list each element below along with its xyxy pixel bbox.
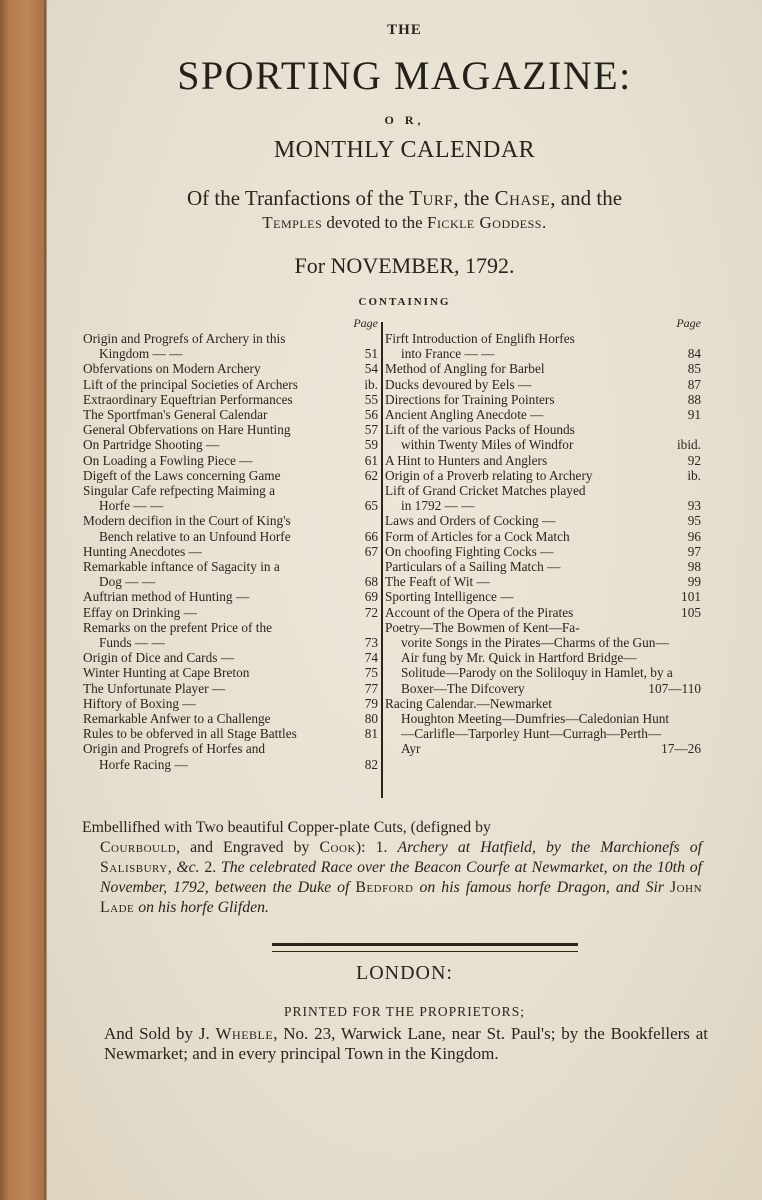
contents-entry: Laws and Orders of Cocking —95 bbox=[385, 513, 701, 528]
page-column-label: Page bbox=[83, 316, 378, 331]
entry-title: Hunting Anecdotes — bbox=[83, 544, 350, 559]
entry-title: A Hint to Hunters and Anglers bbox=[385, 453, 673, 468]
desc-text: , and the bbox=[550, 186, 622, 210]
contents-entry: Lift of Grand Cricket Matches playedin 1… bbox=[385, 483, 701, 513]
contents-entry: Remarkable Anfwer to a Challenge80 bbox=[83, 711, 378, 726]
entry-page-number: 57 bbox=[365, 422, 378, 437]
entry-title: Ancient Angling Anecdote — bbox=[385, 407, 673, 422]
contents-entry: Remarks on the prefent Price of theFunds… bbox=[83, 620, 378, 650]
contents-entry: Extraordinary Equeftrian Performances55 bbox=[83, 392, 378, 407]
entry-page-number: 74 bbox=[365, 650, 378, 665]
contents-entry: Racing Calendar.—NewmarketHoughton Meeti… bbox=[385, 696, 701, 757]
desc-goddess: Fickle Goddess. bbox=[427, 213, 547, 232]
contents-entry: Sporting Intelligence —101 bbox=[385, 589, 701, 604]
entry-title: Remarkable inftance of Sagacity in a bbox=[83, 559, 350, 574]
entry-page-number: 95 bbox=[688, 513, 701, 528]
entry-title: The Unfortunate Player — bbox=[83, 681, 350, 696]
contents-entry: Winter Hunting at Cape Breton75 bbox=[83, 665, 378, 680]
contents-left-column: Page Origin and Progrefs of Archery in t… bbox=[83, 316, 378, 772]
magazine-title: SPORTING MAGAZINE: bbox=[47, 52, 762, 99]
entry-title: Method of Angling for Barbel bbox=[385, 361, 673, 376]
entry-continuation: into France — — bbox=[385, 346, 673, 361]
contents-entry: Lift of the principal Societies of Arche… bbox=[83, 377, 378, 392]
entry-page-number: 96 bbox=[688, 529, 701, 544]
entry-page-number: 61 bbox=[365, 453, 378, 468]
entry-page-number: 97 bbox=[688, 544, 701, 559]
entry-page-number: 68 bbox=[365, 574, 378, 589]
contents-entry: Origin and Progrefs of Horfes andHorfe R… bbox=[83, 741, 378, 771]
entry-page-number: 93 bbox=[688, 498, 701, 513]
entry-title: General Obfervations on Hare Hunting bbox=[83, 422, 350, 437]
plate-2-text: on his horfe Glifden. bbox=[134, 899, 269, 916]
entry-page-number: 87 bbox=[688, 377, 701, 392]
entry-title: Sporting Intelligence — bbox=[385, 589, 673, 604]
magazine-subtitle: MONTHLY CALENDAR bbox=[47, 137, 762, 164]
entry-page-number: 55 bbox=[365, 392, 378, 407]
entry-title: On Partridge Shooting — bbox=[83, 437, 350, 452]
contents-entry: Account of the Opera of the Pirates105 bbox=[385, 605, 701, 620]
contents-entry: Effay on Drinking —72 bbox=[83, 605, 378, 620]
desc-chase: Chase bbox=[495, 186, 551, 210]
entry-continuation: Bench relative to an Unfound Horfe bbox=[83, 529, 350, 544]
entry-page-number: 98 bbox=[688, 559, 701, 574]
entry-page-number: 77 bbox=[365, 681, 378, 696]
entry-title: Modern decifion in the Court of King's bbox=[83, 513, 350, 528]
entry-title: On choofing Fighting Cocks — bbox=[385, 544, 673, 559]
contents-right-column: Page Firft Introduction of Englifh Horfe… bbox=[385, 316, 701, 757]
desc-turf: Turf bbox=[409, 186, 453, 210]
plate-1-title: Archery at Hatfield, by the Marchionefs … bbox=[398, 839, 702, 856]
entry-page-number: 59 bbox=[365, 437, 378, 452]
entry-page-number: 84 bbox=[688, 346, 701, 361]
entry-page-number: 107—110 bbox=[648, 681, 701, 696]
entry-page-number: 51 bbox=[365, 346, 378, 361]
contents-entry: Ducks devoured by Eels —87 bbox=[385, 377, 701, 392]
contents-entry: Origin and Progrefs of Archery in thisKi… bbox=[83, 331, 378, 361]
contents-heading: CONTAINING bbox=[47, 296, 762, 308]
entry-title: Racing Calendar.—Newmarket bbox=[385, 696, 673, 711]
bookseller-name: Wheble bbox=[216, 1024, 274, 1043]
entry-title: Origin and Progrefs of Archery in this bbox=[83, 331, 350, 346]
description-line-2: Temples devoted to the Fickle Goddess. bbox=[47, 213, 762, 233]
embellish-etc: , &c. bbox=[168, 859, 200, 876]
entry-page-number: 101 bbox=[681, 589, 701, 604]
entry-page-number: ibid. bbox=[677, 437, 701, 452]
column-divider bbox=[381, 322, 383, 798]
contents-entry: General Obfervations on Hare Hunting57 bbox=[83, 422, 378, 437]
contents-entry: Rules to be obferved in all Stage Battle… bbox=[83, 726, 378, 741]
entry-page-number: 82 bbox=[365, 757, 378, 772]
entry-page-number: 81 bbox=[365, 726, 378, 741]
entry-page-number: 66 bbox=[365, 529, 378, 544]
desc-text: Of the Tranfactions of the bbox=[187, 186, 409, 210]
entry-page-number: 72 bbox=[365, 605, 378, 620]
contents-entry: Digeft of the Laws concerning Game62 bbox=[83, 468, 378, 483]
plate-2-text: on his famous horfe Dragon, and Sir bbox=[413, 879, 670, 896]
entry-page-number: 62 bbox=[365, 468, 378, 483]
contents-entry: Remarkable inftance of Sagacity in aDog … bbox=[83, 559, 378, 589]
entry-title: Singular Cafe refpecting Maiming a bbox=[83, 483, 350, 498]
entry-page-number: 73 bbox=[365, 635, 378, 650]
engraver-name: Cook bbox=[320, 839, 356, 856]
entry-title: Lift of the various Packs of Hounds bbox=[385, 422, 673, 437]
entry-page-number: 105 bbox=[681, 605, 701, 620]
entry-title: Laws and Orders of Cocking — bbox=[385, 513, 673, 528]
entry-page-number: 80 bbox=[365, 711, 378, 726]
entry-continuation: within Twenty Miles of Windfor bbox=[385, 437, 673, 452]
entry-title: Directions for Training Pointers bbox=[385, 392, 673, 407]
embellish-text: ): 1. bbox=[356, 839, 398, 856]
entry-continuation: Houghton Meeting—Dumfries—Caledonian Hun… bbox=[385, 711, 673, 757]
entry-page-number: 85 bbox=[688, 361, 701, 376]
entry-continuation: Dog — — bbox=[83, 574, 350, 589]
entry-title: Lift of the principal Societies of Arche… bbox=[83, 377, 350, 392]
entry-title: Effay on Drinking — bbox=[83, 605, 350, 620]
entry-title: Hiftory of Boxing — bbox=[83, 696, 350, 711]
entry-title: Remarks on the prefent Price of the bbox=[83, 620, 350, 635]
contents-entry: Modern decifion in the Court of King'sBe… bbox=[83, 513, 378, 543]
entry-title: Account of the Opera of the Pirates bbox=[385, 605, 673, 620]
salisbury-name: Salisbury bbox=[100, 859, 168, 876]
contents-entry: The Feaft of Wit —99 bbox=[385, 574, 701, 589]
entry-page-number: 92 bbox=[688, 453, 701, 468]
entry-title: The Feaft of Wit — bbox=[385, 574, 673, 589]
entry-page-number: ib. bbox=[364, 377, 378, 392]
contents-entry: Form of Articles for a Cock Match96 bbox=[385, 529, 701, 544]
entry-title: Ducks devoured by Eels — bbox=[385, 377, 673, 392]
decorative-rule bbox=[272, 943, 578, 952]
entry-page-number: 56 bbox=[365, 407, 378, 422]
contents-entry: Auftrian method of Hunting —69 bbox=[83, 589, 378, 604]
contents-entry: Hiftory of Boxing —79 bbox=[83, 696, 378, 711]
book-binding-spine bbox=[0, 0, 46, 1200]
entry-continuation: Horfe Racing — bbox=[83, 757, 350, 772]
sold-text: And Sold by J. bbox=[104, 1024, 216, 1043]
embellish-text: , and Engraved by bbox=[176, 839, 319, 856]
contents-entry: Firft Introduction of Englifh Horfesinto… bbox=[385, 331, 701, 361]
entry-page-number: 54 bbox=[365, 361, 378, 376]
bedford-name: Bedford bbox=[355, 879, 413, 896]
embellishments-note: Embellifhed with Two beautiful Copper-pl… bbox=[82, 818, 702, 918]
issue-date: For NOVEMBER, 1792. bbox=[47, 253, 762, 279]
entry-continuation: Horfe — — bbox=[83, 498, 350, 513]
entry-title: Extraordinary Equeftrian Performances bbox=[83, 392, 350, 407]
entry-title: Lift of Grand Cricket Matches played bbox=[385, 483, 673, 498]
contents-entry: On Partridge Shooting —59 bbox=[83, 437, 378, 452]
contents-entry: Origin of Dice and Cards —74 bbox=[83, 650, 378, 665]
description-line-1: Of the Tranfactions of the Turf, the Cha… bbox=[47, 186, 762, 211]
contents-entry: The Sportfman's General Calendar56 bbox=[83, 407, 378, 422]
entry-title: Origin of a Proverb relating to Archery bbox=[385, 468, 673, 483]
page-column-label: Page bbox=[385, 316, 701, 331]
entry-continuation: Funds — — bbox=[83, 635, 350, 650]
entry-page-number: 75 bbox=[365, 665, 378, 680]
contents-entry: Ancient Angling Anecdote —91 bbox=[385, 407, 701, 422]
entry-continuation: in 1792 — — bbox=[385, 498, 673, 513]
embellish-text: Embellifhed with Two beautiful Copper-pl… bbox=[82, 819, 491, 836]
entry-title: Origin and Progrefs of Horfes and bbox=[83, 741, 350, 756]
embellish-text: 2. bbox=[200, 859, 221, 876]
desc-text: , the bbox=[453, 186, 494, 210]
contents-entry: Poetry—The Bowmen of Kent—Fa-vorite Song… bbox=[385, 620, 701, 696]
entry-title: Digeft of the Laws concerning Game bbox=[83, 468, 350, 483]
entry-title: The Sportfman's General Calendar bbox=[83, 407, 350, 422]
title-article: THE bbox=[47, 22, 762, 39]
entry-continuation: Kingdom — — bbox=[83, 346, 350, 361]
entry-page-number: 17—26 bbox=[661, 741, 701, 756]
entry-page-number: 99 bbox=[688, 574, 701, 589]
entry-title: On Loading a Fowling Piece — bbox=[83, 453, 350, 468]
entry-page-number: ib. bbox=[687, 468, 701, 483]
entry-continuation: vorite Songs in the Pirates—Charms of th… bbox=[385, 635, 673, 696]
entry-title: Rules to be obferved in all Stage Battle… bbox=[83, 726, 350, 741]
entry-title: Auftrian method of Hunting — bbox=[83, 589, 350, 604]
imprint-printed-for: PRINTED FOR THE PROPRIETORS; bbox=[47, 1004, 762, 1020]
entry-title: Form of Articles for a Cock Match bbox=[385, 529, 673, 544]
contents-entry: A Hint to Hunters and Anglers92 bbox=[385, 453, 701, 468]
contents-entry: Particulars of a Sailing Match —98 bbox=[385, 559, 701, 574]
desc-text: devoted to the bbox=[322, 213, 427, 232]
entry-page-number: 67 bbox=[365, 544, 378, 559]
desc-temples: Temples bbox=[262, 213, 322, 232]
entry-page-number: 79 bbox=[365, 696, 378, 711]
contents-entry: On choofing Fighting Cocks —97 bbox=[385, 544, 701, 559]
contents-entry: The Unfortunate Player —77 bbox=[83, 681, 378, 696]
entry-title: Poetry—The Bowmen of Kent—Fa- bbox=[385, 620, 673, 635]
entry-page-number: 69 bbox=[365, 589, 378, 604]
contents-entry: Hunting Anecdotes —67 bbox=[83, 544, 378, 559]
imprint-city: LONDON: bbox=[47, 962, 762, 985]
designer-name: Courbould bbox=[100, 839, 176, 856]
embellish-continuation: Courbould, and Engraved by Cook): 1. Arc… bbox=[82, 838, 702, 918]
contents-entry: Directions for Training Pointers88 bbox=[385, 392, 701, 407]
entry-page-number: 91 bbox=[688, 407, 701, 422]
entry-title: Obfervations on Modern Archery bbox=[83, 361, 350, 376]
title-or: O R, bbox=[47, 113, 762, 128]
entry-title: Remarkable Anfwer to a Challenge bbox=[83, 711, 350, 726]
contents-entry: Obfervations on Modern Archery54 bbox=[83, 361, 378, 376]
contents-entry: Lift of the various Packs of Houndswithi… bbox=[385, 422, 701, 452]
contents-entry: On Loading a Fowling Piece —61 bbox=[83, 453, 378, 468]
sold-by-text: And Sold by J. Wheble, No. 23, Warwick L… bbox=[82, 1024, 708, 1064]
entry-title: Origin of Dice and Cards — bbox=[83, 650, 350, 665]
imprint-sold-by: And Sold by J. Wheble, No. 23, Warwick L… bbox=[82, 1024, 708, 1064]
entry-page-number: 65 bbox=[365, 498, 378, 513]
table-of-contents: Page Origin and Progrefs of Archery in t… bbox=[83, 316, 701, 800]
entry-title: Winter Hunting at Cape Breton bbox=[83, 665, 350, 680]
contents-entry: Singular Cafe refpecting Maiming aHorfe … bbox=[83, 483, 378, 513]
entry-title: Particulars of a Sailing Match — bbox=[385, 559, 673, 574]
contents-entry: Origin of a Proverb relating to Archeryi… bbox=[385, 468, 701, 483]
entry-title: Firft Introduction of Englifh Horfes bbox=[385, 331, 673, 346]
entry-page-number: 88 bbox=[688, 392, 701, 407]
contents-entry: Method of Angling for Barbel85 bbox=[385, 361, 701, 376]
